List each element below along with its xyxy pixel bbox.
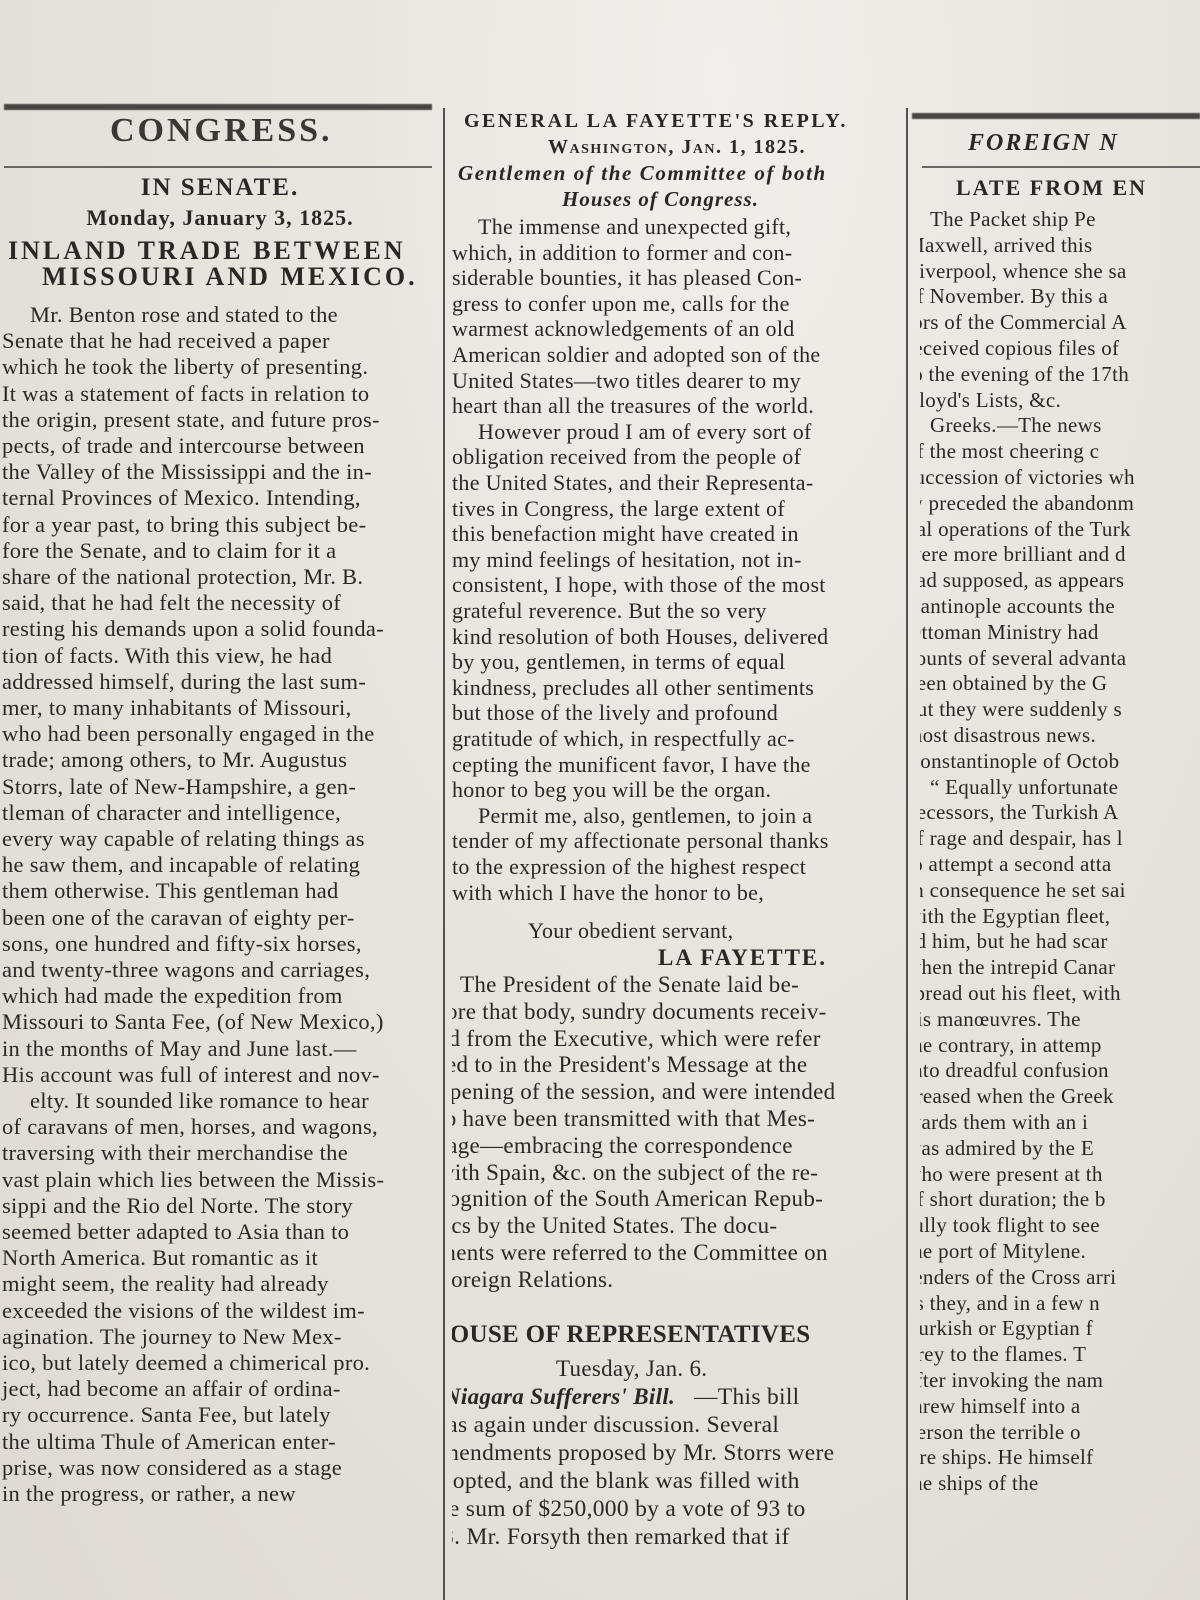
text-line: tender of my affectionate personal thank… (452, 828, 829, 854)
text-line: The Packet ship Pe (930, 206, 1096, 232)
text-line: prey to the flames. T (920, 1341, 1086, 1367)
text-line: agination. The journey to New Mex- (2, 1324, 342, 1350)
text-line: Mr. Benton rose and stated to the (30, 302, 338, 328)
text-line: Storrs, late of New-Hampshire, a gen- (2, 774, 356, 800)
text-line: he saw them, and incapable of relating (2, 852, 360, 878)
letter-closing: Your obedient servant, (528, 918, 733, 944)
text-line: In consequence he set sai (920, 877, 1126, 903)
text-line: ments were referred to the Committee on (452, 1240, 828, 1266)
text-line: of rage and despair, has l (920, 825, 1123, 851)
text-line: which he took the liberty of presenting. (2, 354, 368, 380)
text-line: red to in the President's Message at the (452, 1052, 807, 1078)
section-heading: IN SENATE. (0, 175, 440, 201)
text-line: traversing with their merchandise the (2, 1140, 348, 1166)
text-line: tors of the Commercial A (920, 309, 1127, 335)
text-line: ed from the Executive, which were refer (452, 1026, 821, 1052)
text-line: the origin, present state, and future pr… (2, 407, 380, 433)
text-line: —This bill (694, 1384, 800, 1410)
bill-title: Niagara Sufferers' Bill. (452, 1384, 675, 1410)
text-line: fore that body, sundry documents receiv- (452, 999, 827, 1025)
text-line: Greeks.—The news (930, 412, 1102, 438)
text-line: Lloyd's Lists, &c. (920, 387, 1061, 413)
text-line: been one of the caravan of eighty per- (2, 905, 355, 931)
text-line: in the progress, or rather, a new (2, 1481, 296, 1507)
text-line: mer, to many inhabitants of Missouri, (2, 695, 352, 721)
text-line: every way capable of relating things as (2, 826, 365, 852)
house-date: Tuesday, Jan. 6. (556, 1356, 707, 1382)
text-line: consistent, I hope, with those of the mo… (452, 572, 826, 598)
lafayette-column: GENERAL LA FAYETTE'S REPLY. Washington, … (452, 0, 907, 1600)
text-line: this benefaction might have created in (452, 521, 799, 547)
text-line: after invoking the nam (920, 1367, 1103, 1393)
text-line: vast plain which lies between the Missis… (2, 1167, 384, 1193)
text-line: grateful reverence. But the so very (452, 598, 767, 624)
foreign-news-column: FOREIGN N LATE FROM EN The Packet ship P… (920, 0, 1200, 1600)
text-line: were more brilliant and d (920, 541, 1126, 567)
text-line: “ Equally unfortunate (930, 774, 1118, 800)
text-line: gratitude of which, in respectfully ac- (452, 726, 795, 752)
text-line: American soldier and adopted son of the (452, 342, 820, 368)
text-line: succession of victories wh (920, 464, 1135, 490)
text-line: tives in Congress, the large extent of (452, 496, 785, 522)
text-line: which, in addition to former and con- (452, 240, 792, 266)
text-line: lics by the United States. The docu- (452, 1213, 777, 1239)
text-line: received copious files of (920, 335, 1119, 361)
text-line: of caravans of men, horses, and wagons, (2, 1114, 378, 1140)
text-line: ed him, but he had scar (920, 928, 1108, 954)
text-line: into dreadful confusion (920, 1057, 1109, 1083)
text-line: person the terrible o (920, 1419, 1081, 1445)
text-line: with which I have the honor to be, (452, 880, 764, 906)
text-line: of the most cheering c (920, 438, 1099, 464)
text-line: to the evening of the 17th (920, 361, 1129, 387)
text-line: the sum of $250,000 by a vote of 93 to (452, 1496, 806, 1522)
text-line: trade; among others, to Mr. Augustus (2, 747, 347, 773)
text-line: most disastrous news. (920, 722, 1096, 748)
text-line: ternal Provinces of Mexico. Intending, (2, 485, 361, 511)
text-line: to have been transmitted with that Mes- (452, 1106, 815, 1132)
text-line: sons, one hundred and fifty-six horses, (2, 931, 362, 957)
text-line: of short duration; the b (920, 1186, 1106, 1212)
session-date: Monday, January 3, 1825. (0, 205, 440, 231)
letter-signature: LA FAYETTE. (658, 945, 827, 971)
text-line: for a year past, to bring this subject b… (2, 512, 366, 538)
text-line: siderable bounties, it has pleased Con- (452, 265, 802, 291)
text-line: Missouri to Santa Fee, (of New Mexico,) (2, 1009, 384, 1035)
text-line: fully took flight to see (920, 1212, 1100, 1238)
text-line: exceeded the visions of the wildest im- (2, 1298, 365, 1324)
text-line: to the expression of the highest respect (452, 854, 806, 880)
text-line: 68. Mr. Forsyth then remarked that if (452, 1524, 790, 1550)
text-line: the contrary, in attemp (920, 1032, 1102, 1058)
text-line: resting his demands upon a solid founda- (2, 616, 384, 642)
text-line: which had made the expedition from (2, 983, 343, 1009)
text-line: Permit me, also, gentlemen, to join a (478, 803, 812, 829)
text-line: to attempt a second atta (920, 851, 1111, 877)
text-line: Turkish or Egyptian f (920, 1315, 1093, 1341)
text-line: wards them with an i (920, 1109, 1088, 1135)
text-line: stantinople accounts the (920, 593, 1115, 619)
salutation-line-2: Houses of Congress. (562, 186, 759, 212)
text-line: who had been personally engaged in the (2, 721, 375, 747)
text-line: in the months of May and June last.— (2, 1036, 357, 1062)
text-line: ly preceded the abandonm (920, 490, 1134, 516)
text-line: but they were suddenly s (920, 696, 1122, 722)
text-line: val operations of the Turk (920, 516, 1131, 542)
text-line: them otherwise. This gentleman had (2, 878, 339, 904)
text-line: obligation received from the people of (452, 444, 801, 470)
text-line: the United States, and their Representa- (452, 470, 813, 496)
text-line: was again under discussion. Several (452, 1412, 779, 1438)
text-line: my mind feelings of hesitation, not in- (452, 547, 802, 573)
text-line: ject, had become an affair of ordina- (2, 1376, 341, 1402)
text-line: sage—embracing the correspondence (452, 1133, 793, 1159)
text-line: warmest acknowledgements of an old (452, 316, 795, 342)
text-line: fore the Senate, and to claim for it a (2, 538, 336, 564)
text-line: threw himself into a (920, 1393, 1081, 1419)
text-line: opening of the session, and were intende… (452, 1079, 835, 1105)
text-line: with the Egyptian fleet, (920, 903, 1110, 929)
text-line: but those of the lively and profound (452, 700, 778, 726)
text-line: The President of the Senate laid be- (460, 972, 799, 998)
text-line: However proud I am of every sort of (478, 419, 812, 445)
text-line: Ottoman Ministry had (920, 619, 1099, 645)
text-line: Constantinople of Octob (920, 748, 1119, 774)
text-line: United States—two titles dearer to my (452, 368, 801, 394)
text-line: said, that he had felt the necessity of (2, 590, 341, 616)
text-line: counts of several advanta (920, 645, 1126, 671)
text-line: with Spain, &c. on the subject of the re… (452, 1160, 818, 1186)
column-divider-1 (443, 108, 445, 1600)
text-line: the Valley of the Mississippi and the in… (2, 459, 372, 485)
letter-dateline: Washington, Jan. 1, 1825. (548, 134, 806, 160)
text-line: by you, gentlemen, in terms of equal (452, 649, 785, 675)
congress-masthead: CONGRESS. (110, 112, 333, 150)
congress-column: CONGRESS. IN SENATE. Monday, January 3, … (0, 0, 440, 1600)
text-line: gress to confer upon me, calls for the (452, 291, 790, 317)
text-line: fire ships. He himself (920, 1444, 1093, 1470)
text-line: of November. By this a (920, 283, 1108, 309)
text-line: It was a statement of facts in relation … (2, 381, 369, 407)
article-headline-line-2: MISSOURI AND MEXICO. (42, 264, 418, 290)
text-line: His account was full of interest and nov… (2, 1062, 380, 1088)
text-line: Liverpool, whence she sa (920, 258, 1127, 284)
text-line: heart than all the treasures of the worl… (452, 393, 814, 419)
text-line: the ultima Thule of American enter- (2, 1429, 336, 1455)
text-line: The immense and unexpected gift, (478, 214, 791, 240)
text-line: adopted, and the blank was filled with (452, 1468, 800, 1494)
text-line: the port of Mitylene. (920, 1238, 1086, 1264)
text-line: cepting the munificent favor, I have the (452, 752, 811, 778)
text-line: been obtained by the G (920, 670, 1107, 696)
text-line: prise, was now considered as a stage (2, 1455, 342, 1481)
text-line: Senate that he had received a paper (2, 328, 330, 354)
text-line: as they, and in a few n (920, 1290, 1100, 1316)
house-heading: HOUSE OF REPRESENTATIVES (452, 1322, 810, 1348)
text-line: sippi and the Rio del Norte. The story (2, 1193, 353, 1219)
text-line: decessors, the Turkish A (920, 799, 1119, 825)
text-line: and twenty-three wagons and carriages, (2, 957, 370, 983)
text-line: kindness, precludes all other sentiments (452, 675, 814, 701)
text-line: spread out his fleet, with (920, 980, 1121, 1006)
text-line: cognition of the South American Repub- (452, 1186, 823, 1212)
text-line: share of the national protection, Mr. B. (2, 564, 363, 590)
text-line: tleman of character and intelligence, (2, 800, 341, 826)
text-line: addressed himself, during the last sum- (2, 669, 366, 695)
text-line: tion of facts. With this view, he had (2, 643, 332, 669)
text-line: amendments proposed by Mr. Storrs were (452, 1440, 834, 1466)
foreign-masthead: FOREIGN N (968, 130, 1119, 156)
text-line: who were present at th (920, 1161, 1103, 1187)
text-line: fenders of the Cross arri (920, 1264, 1116, 1290)
text-line: ico, but lately deemed a chimerical pro. (2, 1350, 370, 1376)
text-line: had supposed, as appears (920, 567, 1124, 593)
text-line: his manœuvres. The (920, 1006, 1081, 1032)
text-line: the ships of the (920, 1470, 1039, 1496)
text-line: Maxwell, arrived this (920, 232, 1093, 258)
text-line: ry occurrence. Santa Fee, but lately (2, 1402, 331, 1428)
text-line: when the intrepid Canar (920, 954, 1115, 980)
text-line: was admired by the E (920, 1135, 1094, 1161)
text-line: creased when the Greek (920, 1083, 1114, 1109)
text-line: elty. It sounded like romance to hear (30, 1088, 369, 1114)
text-line: Foreign Relations. (452, 1267, 613, 1293)
lafayette-headline: GENERAL LA FAYETTE'S REPLY. (464, 108, 848, 134)
foreign-headline: LATE FROM EN (956, 175, 1147, 201)
text-line: kind resolution of both Houses, delivere… (452, 624, 828, 650)
text-line: North America. But romantic as it (2, 1245, 318, 1271)
article-headline-line-1: INLAND TRADE BETWEEN (8, 238, 406, 264)
text-line: seemed better adapted to Asia than to (2, 1219, 349, 1245)
text-line: might seem, the reality had already (2, 1271, 329, 1297)
text-line: pects, of trade and intercourse between (2, 433, 365, 459)
salutation-line-1: Gentlemen of the Committee of both (458, 160, 827, 186)
text-line: honor to beg you will be the organ. (452, 777, 771, 803)
